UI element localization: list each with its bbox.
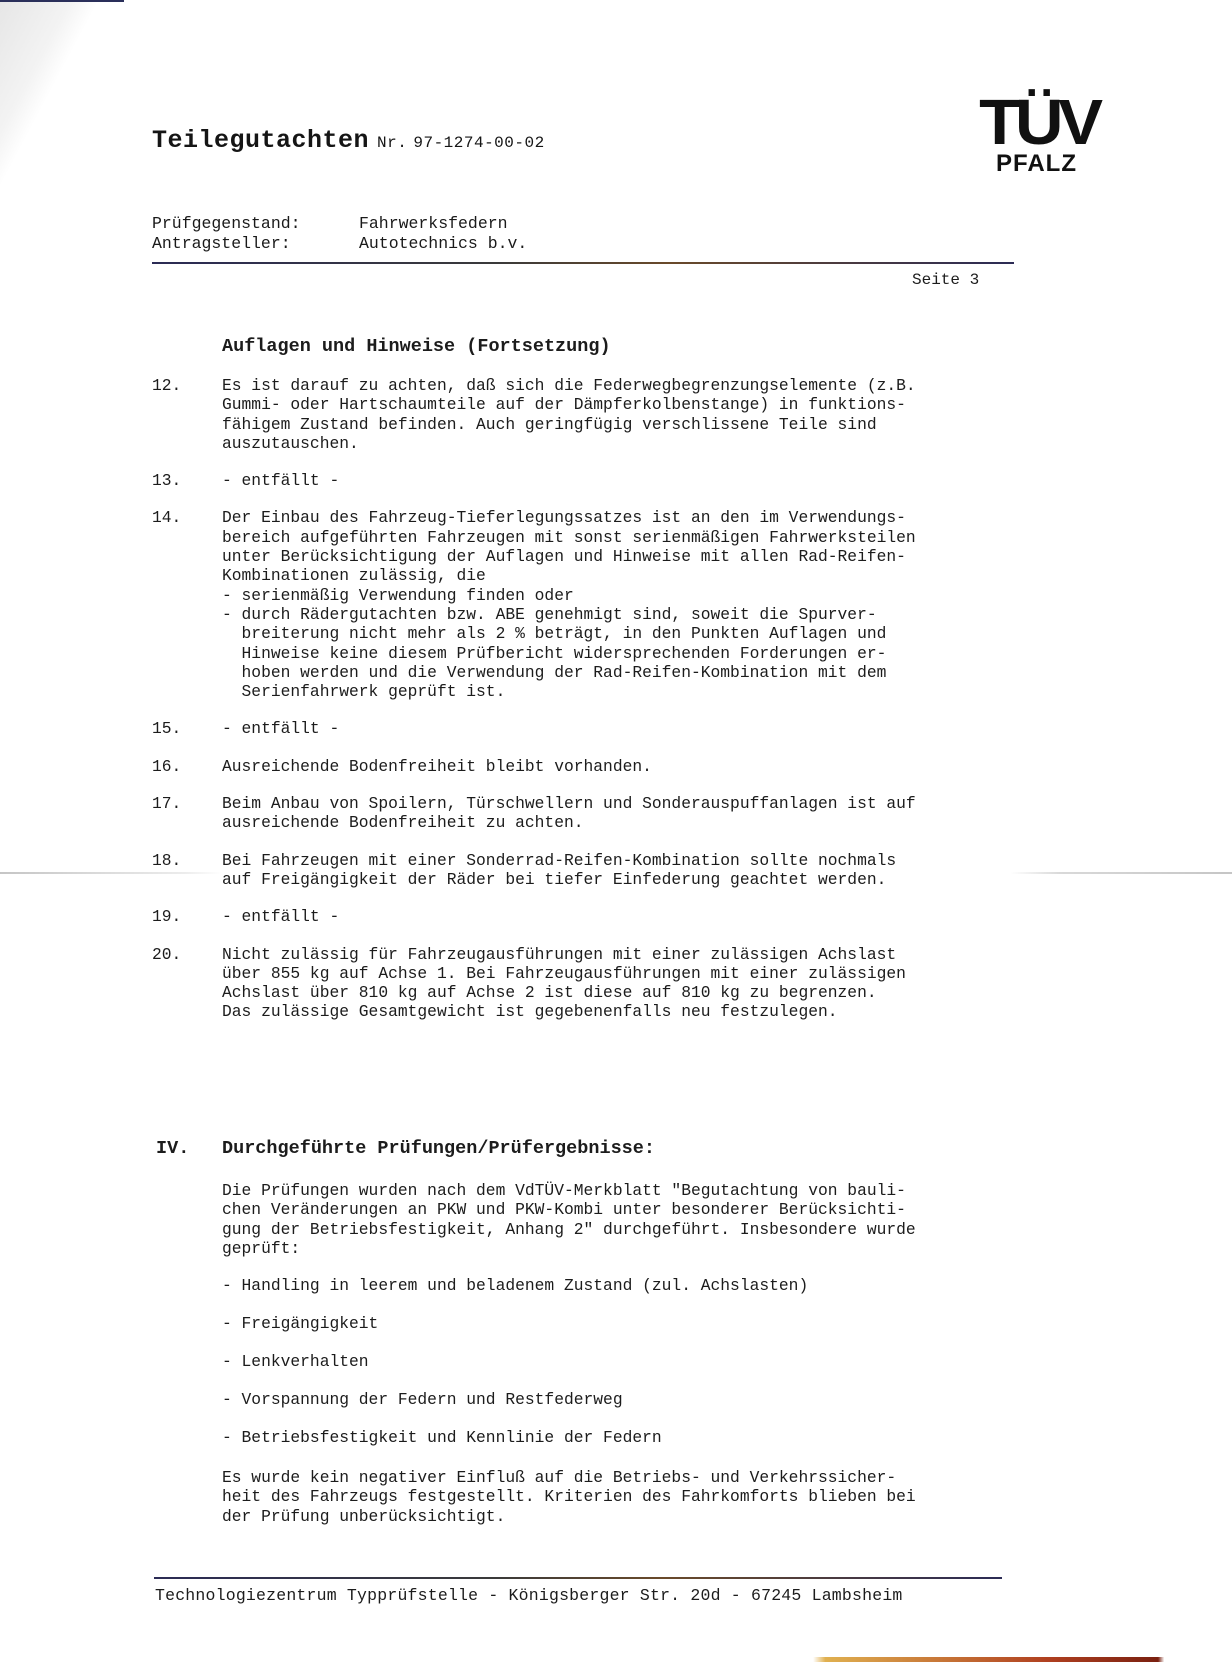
item-text: Beim Anbau von Spoilern, Türschwellern u… [222, 794, 1022, 833]
item-text: Bei Fahrzeugen mit einer Sonderrad-Reife… [222, 851, 1022, 890]
check-item: - Betriebsfestigkeit und Kennlinie der F… [222, 1428, 1026, 1466]
item-number: 16. [152, 757, 222, 776]
item-number: 12. [152, 376, 222, 453]
footer-address: Technologiezentrum Typprüfstelle - König… [155, 1586, 903, 1605]
section-number: IV. [156, 1138, 222, 1159]
page-number: Seite 3 [912, 271, 979, 289]
section-iv: IV. Durchgeführte Prüfungen/Prüfergebnis… [156, 1138, 1026, 1526]
item-text: - entfällt - [222, 719, 1022, 738]
item-number: 15. [152, 719, 222, 738]
list-item: 18. Bei Fahrzeugen mit einer Sonderrad-R… [152, 851, 1022, 890]
item-number: 19. [152, 907, 222, 926]
scan-edge [0, 0, 124, 2]
document-meta: Prüfgegenstand: Fahrwerksfedern Antragst… [152, 214, 527, 254]
list-item: 14. Der Einbau des Fahrzeug-Tieferlegung… [152, 508, 1022, 701]
list-item: 13. - entfällt - [152, 471, 1022, 490]
section-heading: Auflagen und Hinweise (Fortsetzung) [222, 336, 611, 357]
logo-tuev-text: TÜV [979, 90, 1098, 154]
item-text: - entfällt - [222, 471, 1022, 490]
section-title: Durchgeführte Prüfungen/Prüfergebnisse: [222, 1138, 655, 1159]
meta-value: Fahrwerksfedern [359, 214, 508, 234]
check-item: - Handling in leerem und beladenem Zusta… [222, 1276, 1026, 1314]
item-text: Es ist darauf zu achten, daß sich die Fe… [222, 376, 1022, 453]
item-number: 18. [152, 851, 222, 890]
section-iv-intro: Die Prüfungen wurden nach dem VdTÜV-Merk… [222, 1181, 1026, 1258]
list-item: 15. - entfällt - [152, 719, 1022, 738]
item-text: Ausreichende Bodenfreiheit bleibt vorhan… [222, 757, 1022, 776]
tuev-pfalz-logo: TÜV PFALZ [982, 90, 1112, 180]
section-iv-conclusion: Es wurde kein negativer Einfluß auf die … [222, 1468, 1026, 1526]
check-item: - Vorspannung der Federn und Restfederwe… [222, 1390, 1026, 1428]
section-iv-heading: IV. Durchgeführte Prüfungen/Prüfergebnis… [156, 1138, 1026, 1159]
nr-label: Nr. [377, 134, 407, 152]
header-divider [152, 262, 1014, 264]
check-item: - Lenkverhalten [222, 1352, 1026, 1390]
meta-key: Prüfgegenstand: [152, 214, 359, 234]
list-item: 12. Es ist darauf zu achten, daß sich di… [152, 376, 1022, 453]
check-item: - Freigängigkeit [222, 1314, 1026, 1352]
title-text: Teilegutachten [152, 126, 369, 155]
meta-row-antragsteller: Antragsteller: Autotechnics b.v. [152, 234, 527, 254]
meta-key: Antragsteller: [152, 234, 359, 254]
item-number: 17. [152, 794, 222, 833]
report-number: 97-1274-00-02 [413, 134, 544, 152]
document-title: TeilegutachtenNr.97-1274-00-02 [152, 126, 545, 155]
meta-value: Autotechnics b.v. [359, 234, 527, 254]
scan-edge-bottom [0, 1657, 1232, 1662]
item-text: Nicht zulässig für Fahrzeugausführungen … [222, 945, 1022, 1022]
item-number: 14. [152, 508, 222, 701]
item-number: 20. [152, 945, 222, 1022]
list-item: 16. Ausreichende Bodenfreiheit bleibt vo… [152, 757, 1022, 776]
checks-list: - Handling in leerem und beladenem Zusta… [222, 1276, 1026, 1466]
item-text: Der Einbau des Fahrzeug-Tieferlegungssat… [222, 508, 1022, 701]
list-item: 20. Nicht zulässig für Fahrzeugausführun… [152, 945, 1022, 1022]
conditions-list: 12. Es ist darauf zu achten, daß sich di… [152, 376, 1022, 1040]
footer-divider [154, 1577, 1002, 1579]
meta-row-pruefgegenstand: Prüfgegenstand: Fahrwerksfedern [152, 214, 527, 234]
list-item: 19. - entfällt - [152, 907, 1022, 926]
list-item: 17. Beim Anbau von Spoilern, Türschwelle… [152, 794, 1022, 833]
page-corner-shadow [0, 0, 120, 220]
item-text: - entfällt - [222, 907, 1022, 926]
item-number: 13. [152, 471, 222, 490]
logo-pfalz-text: PFALZ [996, 152, 1077, 176]
